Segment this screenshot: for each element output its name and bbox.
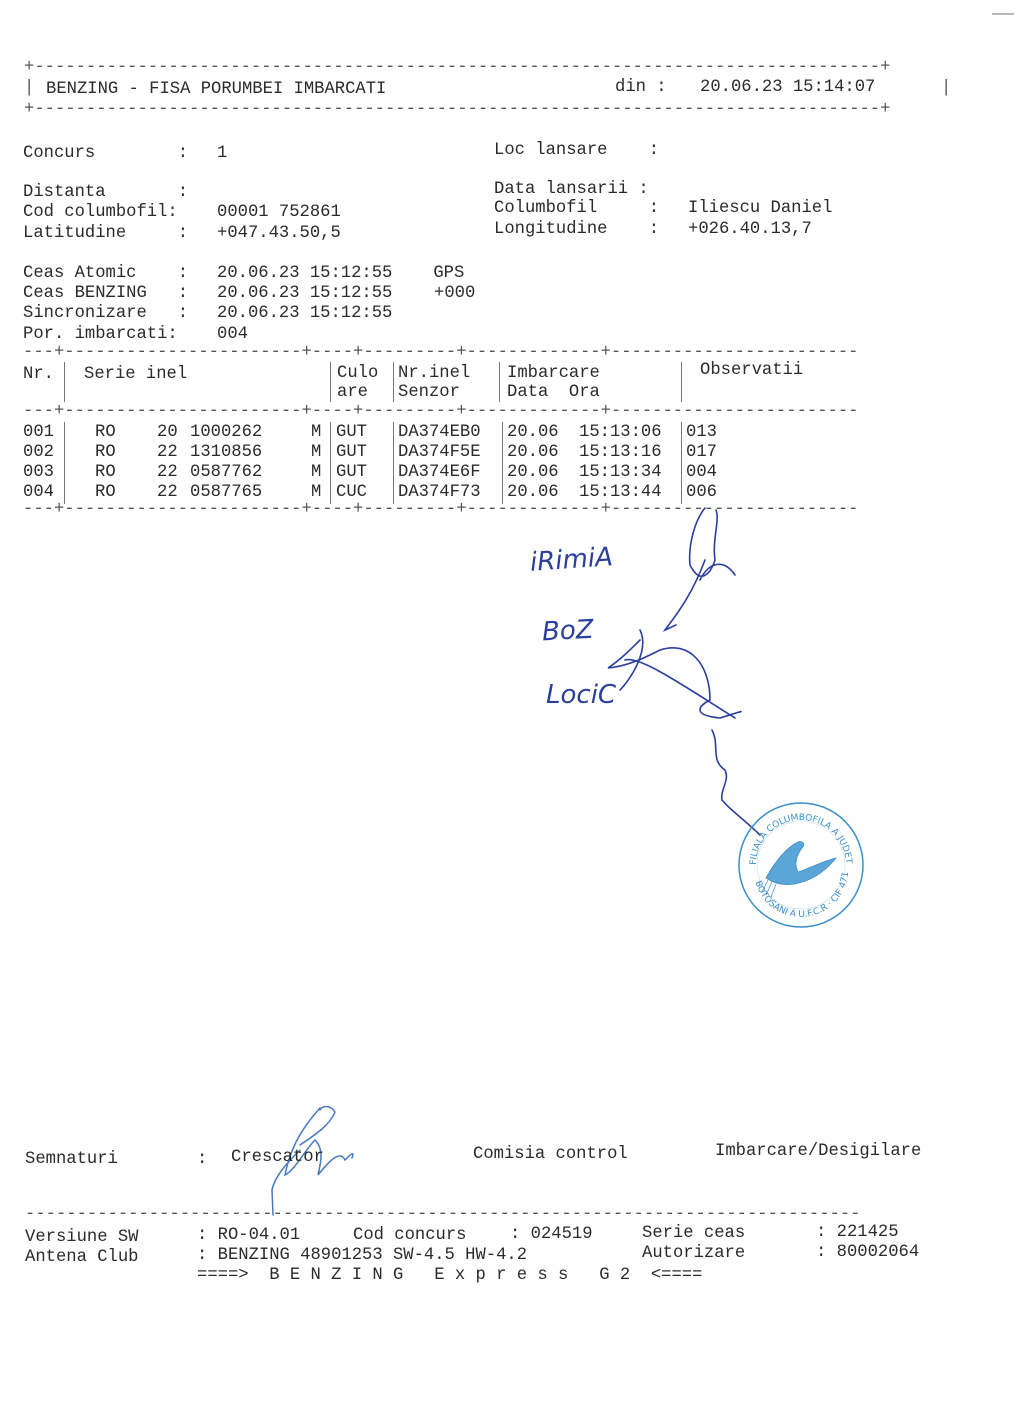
cell-data: 20.06 <box>507 423 559 443</box>
signature-comisia: Comisia control <box>473 1145 628 1165</box>
col-sep-nr <box>64 362 65 402</box>
latitudine-label: Latitudine : <box>23 224 188 244</box>
th-culoare-2: are <box>337 383 368 403</box>
th-senzor-2: Senzor <box>398 383 460 403</box>
cell-culoare: CUC <box>336 483 367 503</box>
handwritten-name-2: BoZ <box>541 615 594 648</box>
header-border-bottom: +---------------------------------------… <box>24 100 954 120</box>
cell-senzor: DA374EB0 <box>398 423 481 443</box>
cell-observatii: 017 <box>686 443 717 463</box>
col-sep-culoare <box>393 362 394 402</box>
th-imbarcare-2: Data Ora <box>507 383 600 403</box>
footer-border: ----------------------------------------… <box>25 1205 955 1225</box>
cell-an: 22 <box>157 463 178 483</box>
cell-tara: RO <box>95 443 116 463</box>
ceas-atomic-value: 20.06.23 15:12:55 <box>217 264 392 284</box>
col-sep-imbarcare <box>681 362 682 402</box>
handwritten-name-1: iRimiA <box>529 542 614 578</box>
cell-culoare: GUT <box>336 443 367 463</box>
th-culoare-1: Culo <box>337 364 378 384</box>
header-title: BENZING - FISA PORUMBEI IMBARCATI <box>46 80 386 100</box>
th-serie: Serie inel <box>84 365 187 385</box>
cell-sex: M <box>311 443 321 463</box>
autorizare-value: : 80002064 <box>816 1243 919 1263</box>
cell-tara: RO <box>95 483 116 503</box>
col-sep-serie <box>330 362 331 402</box>
sincronizare-label: Sincronizare : <box>23 304 188 324</box>
cell-inel: 1000262 <box>190 423 262 443</box>
latitudine-value: +047.43.50,5 <box>217 224 341 244</box>
cell-inel: 0587762 <box>190 463 262 483</box>
data-lansarii-label: Data lansarii : <box>494 180 649 200</box>
cell-observatii: 004 <box>686 463 717 483</box>
ceas-benzing-value: 20.06.23 15:12:55 <box>217 284 392 304</box>
cell-observatii: 013 <box>686 423 717 443</box>
autorizare-label: Autorizare <box>642 1244 745 1264</box>
row-sep-senzor <box>502 422 503 504</box>
loc-lansare-label: Loc lansare : <box>494 141 659 161</box>
columbofil-label: Columbofil : <box>494 199 659 219</box>
cod-columbofil-label: Cod columbofil: <box>23 203 178 223</box>
por-imbarcati-label: Por. imbarcati: <box>23 325 178 345</box>
header-date-label: din : <box>615 78 667 98</box>
serie-ceas-label: Serie ceas <box>642 1224 745 1244</box>
signatures-label: Semnaturi <box>25 1150 118 1170</box>
ceas-atomic-suffix: GPS <box>423 264 464 284</box>
cell-culoare: GUT <box>336 463 367 483</box>
versiune-value: : RO-04.01 <box>197 1226 300 1246</box>
header-border-top: +---------------------------------------… <box>24 58 954 78</box>
antena-label: Antena Club <box>25 1248 138 1268</box>
th-senzor-1: Nr.inel <box>398 364 470 384</box>
cell-senzor: DA374E6F <box>398 463 481 483</box>
cell-ora: 15:13:16 <box>579 443 662 463</box>
th-nr: Nr. <box>23 365 54 385</box>
cell-nr: 002 <box>23 443 54 463</box>
longitudine-value: +026.40.13,7 <box>688 220 812 240</box>
cell-observatii: 006 <box>686 483 717 503</box>
th-imbarcare-1: Imbarcare <box>507 364 600 384</box>
header-date-value: 20.06.23 15:14:07 <box>700 78 875 98</box>
th-observatii: Observatii <box>700 361 803 381</box>
cell-nr: 004 <box>23 483 54 503</box>
cod-columbofil-value: 00001 752861 <box>217 203 341 223</box>
table-border-header-bottom: ---+-----------------------+----+-------… <box>23 402 953 422</box>
cell-an: 20 <box>157 423 178 443</box>
cell-data: 20.06 <box>507 483 559 503</box>
club-stamp: FILIALA COLUMBOFILA A JUDETULUI BOTOSANI… <box>736 800 866 930</box>
cell-nr: 003 <box>23 463 54 483</box>
cell-data: 20.06 <box>507 463 559 483</box>
table-border-bottom: ---+-----------------------+----+-------… <box>23 500 953 520</box>
col-sep-senzor <box>499 362 500 402</box>
signature-imbarcare: Imbarcare/Desigilare <box>715 1142 921 1162</box>
table-border-top: ---+-----------------------+----+-------… <box>23 343 953 363</box>
header-border-left: | <box>24 79 34 99</box>
cell-an: 22 <box>157 443 178 463</box>
header-border-right: | <box>941 79 951 99</box>
cell-sex: M <box>311 423 321 443</box>
cod-concurs-label: Cod concurs <box>353 1226 466 1246</box>
cell-data: 20.06 <box>507 443 559 463</box>
versiune-label: Versiune SW <box>25 1228 138 1248</box>
row-sep-culoare <box>393 422 394 504</box>
cell-an: 22 <box>157 483 178 503</box>
cell-senzor: DA374F5E <box>398 443 481 463</box>
ceas-benzing-suffix: +000 <box>434 284 475 304</box>
row-sep-imbarcare <box>681 422 682 504</box>
row-sep-serie <box>330 422 331 504</box>
handwritten-name-3: LociC <box>546 680 616 710</box>
cell-ora: 15:13:44 <box>579 483 662 503</box>
cell-tara: RO <box>95 463 116 483</box>
benzing-banner: ====> B E N Z I N G E x p r e s s G 2 <=… <box>197 1266 702 1286</box>
columbofil-value: Iliescu Daniel <box>688 199 832 219</box>
signatures-sep: : <box>197 1150 207 1170</box>
serie-ceas-value: : 221425 <box>816 1223 899 1243</box>
cell-sex: M <box>311 483 321 503</box>
cell-ora: 15:13:06 <box>579 423 662 443</box>
ceas-atomic-label: Ceas Atomic : <box>23 264 188 284</box>
cell-culoare: GUT <box>336 423 367 443</box>
cell-tara: RO <box>95 423 116 443</box>
antena-value: : BENZING 48901253 SW-4.5 HW-4.2 <box>197 1246 527 1266</box>
por-imbarcati-value: 004 <box>217 325 248 345</box>
cell-ora: 15:13:34 <box>579 463 662 483</box>
cod-concurs-value: : 024519 <box>510 1225 593 1245</box>
concurs-label: Concurs : <box>23 144 188 164</box>
distanta-label: Distanta : <box>23 183 188 203</box>
ceas-benzing-label: Ceas BENZING : <box>23 284 188 304</box>
cell-nr: 001 <box>23 423 54 443</box>
signature-crescator: Crescator <box>231 1148 324 1168</box>
scan-artifact <box>992 13 1014 15</box>
cell-inel: 0587765 <box>190 483 262 503</box>
longitudine-label: Longitudine : <box>494 220 659 240</box>
sincronizare-value: 20.06.23 15:12:55 <box>217 304 392 324</box>
cell-sex: M <box>311 463 321 483</box>
cell-inel: 1310856 <box>190 443 262 463</box>
cell-senzor: DA374F73 <box>398 483 481 503</box>
row-sep-nr <box>64 422 65 504</box>
concurs-value: 1 <box>217 144 227 164</box>
